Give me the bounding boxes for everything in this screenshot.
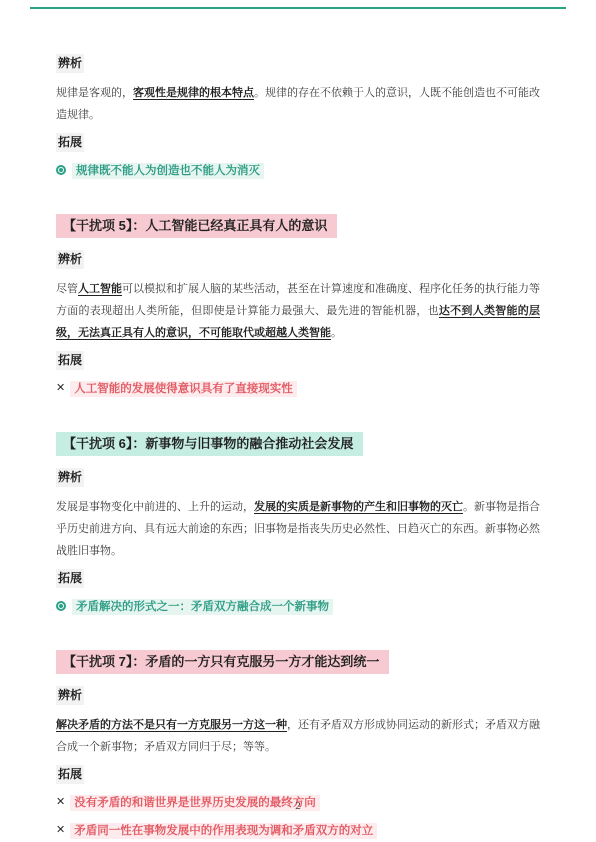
section-title: 【干扰项 7】：矛盾的一方只有克服另一方才能达到统一 (56, 650, 389, 674)
extension-item-text: 规律既不能人为创造也不能人为消灭 (72, 163, 264, 179)
check-circle-icon (56, 165, 66, 175)
paragraph-text: 发展是事物变化中前进的、上升的运动， (56, 501, 254, 513)
extension-heading: 拓展 (56, 569, 540, 588)
extension-heading-label: 拓展 (56, 133, 84, 152)
cross-icon: ✕ (56, 822, 65, 839)
paragraph-emphasis-text: 发展的实质是新事物的产生和旧事物的灭亡 (254, 501, 463, 513)
analysis-heading: 辨析 (56, 54, 540, 73)
section-continued: 辨析 规律是客观的，客观性是规律的根本特点。规律的存在不依赖于人的意识，人既不能… (56, 54, 540, 180)
paragraph-emphasis-text: 解决矛盾的方法不是只有一方克服另一方这一种 (56, 719, 287, 731)
page-number: 2 (0, 800, 596, 812)
section-distractor-6: 【干扰项 6】：新事物与旧事物的融合推动社会发展 辨析 发展是事物变化中前进的、… (56, 432, 540, 616)
section-header: 【干扰项 5】：人工智能已经真正具有人的意识 (56, 214, 540, 238)
extension-item-correct: 矛盾解决的形式之一：矛盾双方融合成一个新事物 (56, 597, 540, 616)
analysis-heading-label: 辨析 (56, 250, 84, 269)
section-header: 【干扰项 6】：新事物与旧事物的融合推动社会发展 (56, 432, 540, 456)
section-distractor-5: 【干扰项 5】：人工智能已经真正具有人的意识 辨析 尽管人工智能可以模拟和扩展人… (56, 214, 540, 398)
extension-heading-label: 拓展 (56, 351, 84, 370)
paragraph-emphasis-text: 人工智能 (78, 283, 122, 295)
extension-item-text: 人工智能的发展使得意识具有了直接现实性 (70, 381, 297, 397)
extension-heading: 拓展 (56, 133, 540, 152)
extension-item-text: 矛盾同一性在事物发展中的作用表现为调和矛盾双方的对立 (70, 823, 377, 839)
section-title: 【干扰项 6】：新事物与旧事物的融合推动社会发展 (56, 432, 363, 456)
paragraph-text: 尽管 (56, 283, 78, 295)
extension-item-correct: 规律既不能人为创造也不能人为消灭 (56, 161, 540, 180)
page-top-rule (30, 7, 566, 9)
extension-heading-label: 拓展 (56, 569, 84, 588)
analysis-heading-label: 辨析 (56, 54, 84, 73)
extension-item-wrong: ✕人工智能的发展使得意识具有了直接现实性 (56, 379, 540, 398)
section-title: 【干扰项 5】：人工智能已经真正具有人的意识 (56, 214, 337, 238)
analysis-heading: 辨析 (56, 468, 540, 487)
check-circle-icon (56, 601, 66, 611)
extension-heading-label: 拓展 (56, 765, 84, 784)
analysis-heading-label: 辨析 (56, 468, 84, 487)
cross-icon: ✕ (56, 380, 65, 397)
extension-item-text: 矛盾解决的形式之一：矛盾双方融合成一个新事物 (72, 599, 333, 615)
analysis-paragraph: 解决矛盾的方法不是只有一方克服另一方这一种，还有矛盾双方形成协同运动的新形式；矛… (56, 714, 540, 758)
analysis-heading: 辨析 (56, 686, 540, 705)
paragraph-text: 规律是客观的， (56, 87, 133, 99)
extension-item-wrong: ✕矛盾同一性在事物发展中的作用表现为调和矛盾双方的对立 (56, 821, 540, 840)
section-header: 【干扰项 7】：矛盾的一方只有克服另一方才能达到统一 (56, 650, 540, 674)
analysis-heading-label: 辨析 (56, 686, 84, 705)
analysis-heading: 辨析 (56, 250, 540, 269)
document-page: 辨析 规律是客观的，客观性是规律的根本特点。规律的存在不依赖于人的意识，人既不能… (0, 0, 596, 842)
paragraph-emphasis-text: 客观性是规律的根本特点 (133, 87, 254, 99)
analysis-paragraph: 规律是客观的，客观性是规律的根本特点。规律的存在不依赖于人的意识，人既不能创造也… (56, 82, 540, 126)
analysis-paragraph: 尽管人工智能可以模拟和扩展人脑的某些活动，甚至在计算速度和准确度、程序化任务的执… (56, 278, 540, 344)
extension-heading: 拓展 (56, 765, 540, 784)
paragraph-text: 。 (331, 327, 342, 339)
analysis-paragraph: 发展是事物变化中前进的、上升的运动，发展的实质是新事物的产生和旧事物的灭亡。新事… (56, 496, 540, 562)
extension-heading: 拓展 (56, 351, 540, 370)
